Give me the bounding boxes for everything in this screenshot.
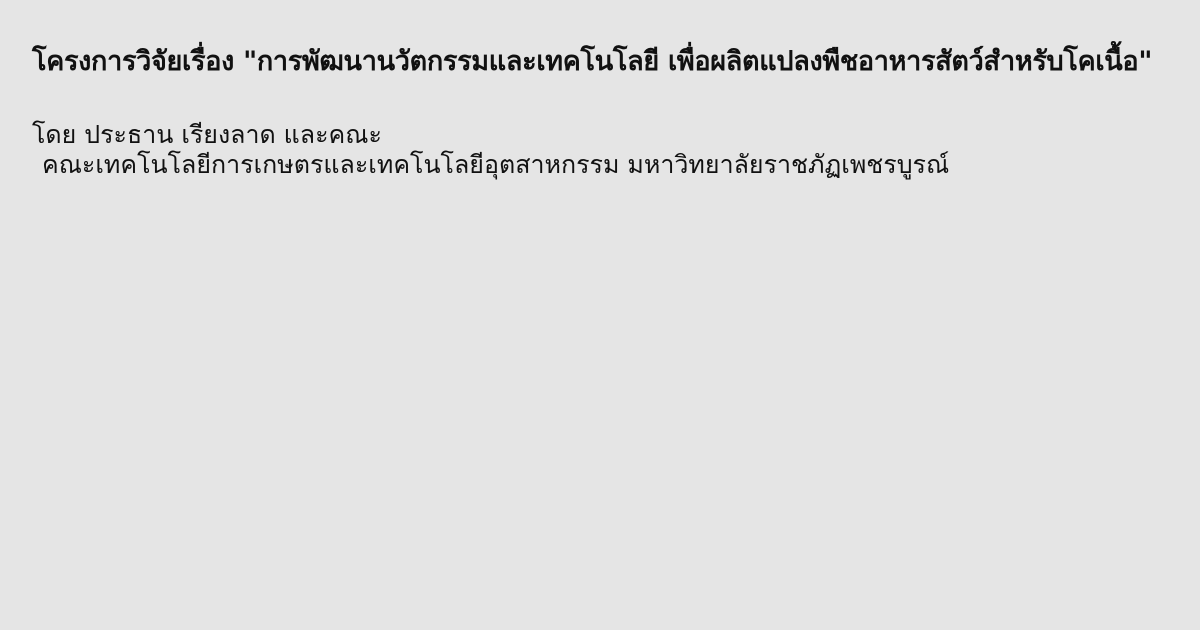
project-meta: โดย ประธาน เรียงลาด และคณะ คณะเทคโนโลยีก… bbox=[32, 120, 1182, 180]
author-line: โดย ประธาน เรียงลาด และคณะ bbox=[32, 120, 1182, 150]
project-card: โครงการวิจัยเรื่อง "การพัฒนานวัตกรรมและเ… bbox=[32, 46, 1182, 180]
project-title: โครงการวิจัยเรื่อง "การพัฒนานวัตกรรมและเ… bbox=[32, 46, 1182, 78]
affiliation-line: คณะเทคโนโลยีการเกษตรและเทคโนโลยีอุตสาหกร… bbox=[32, 150, 1182, 180]
